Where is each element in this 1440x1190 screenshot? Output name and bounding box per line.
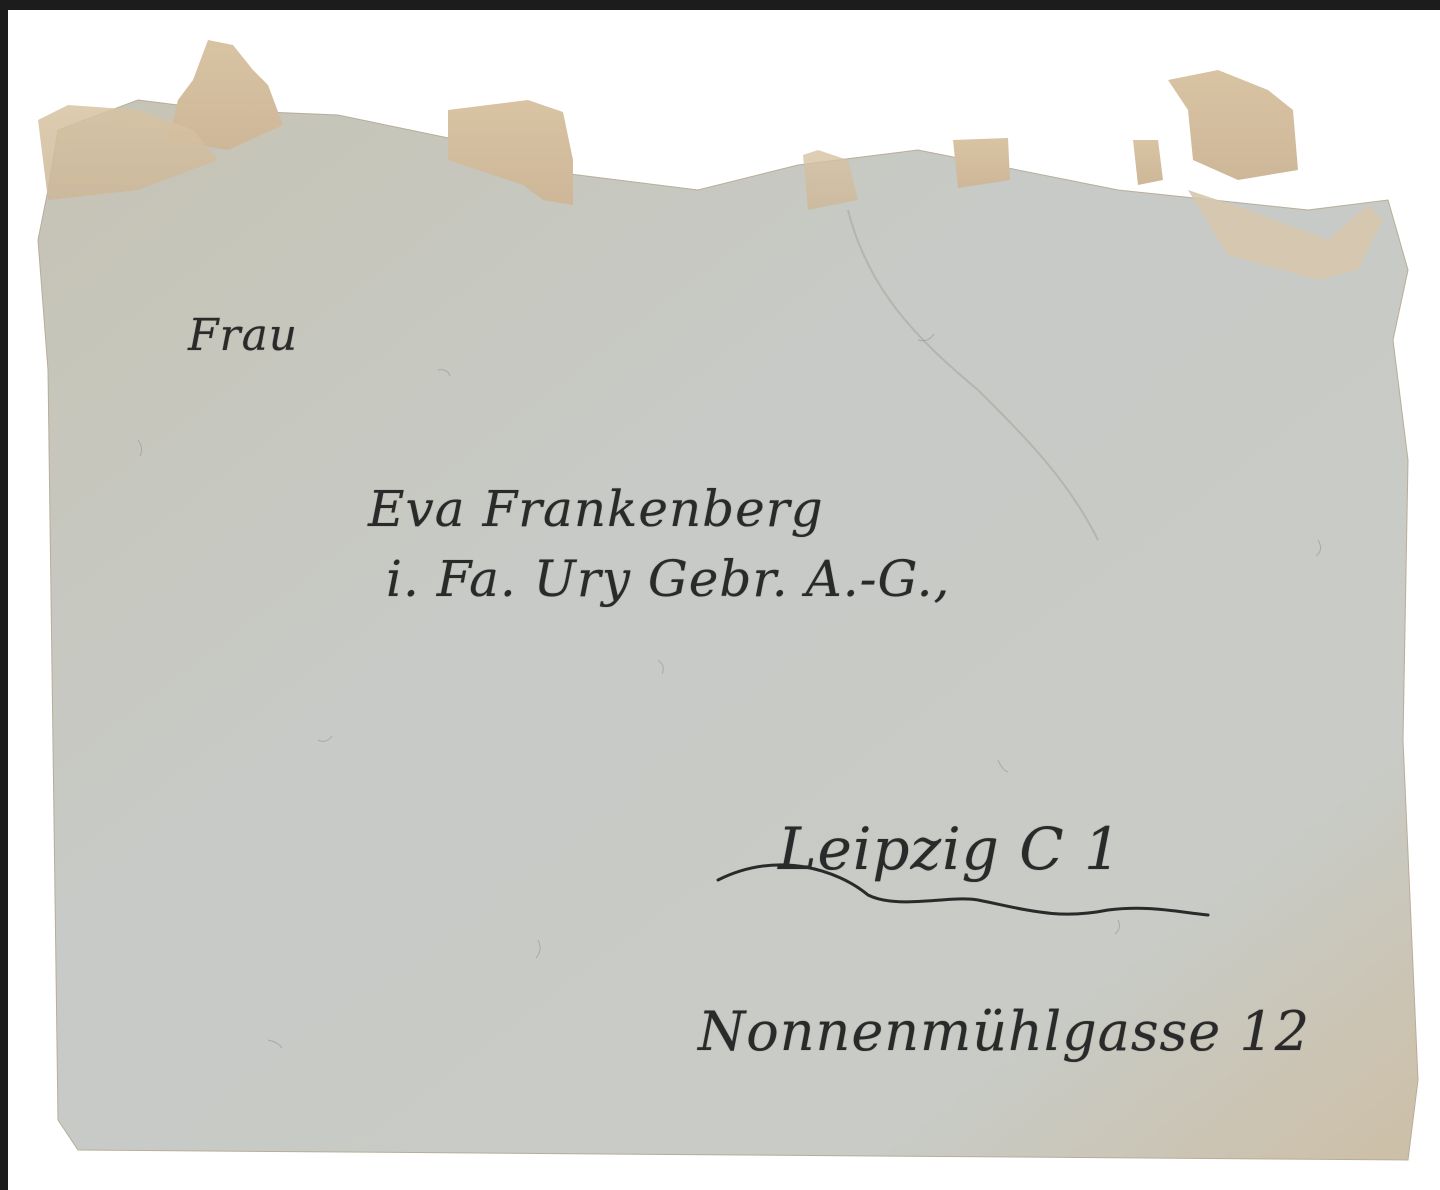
scan-border-left (0, 0, 8, 1190)
envelope: Frau Eva Frankenberg i. Fa. Ury Gebr. A.… (18, 40, 1428, 1180)
recipient-street: Nonnenmühlgasse 12 (698, 1000, 1310, 1063)
scan-border-top (0, 0, 1440, 10)
